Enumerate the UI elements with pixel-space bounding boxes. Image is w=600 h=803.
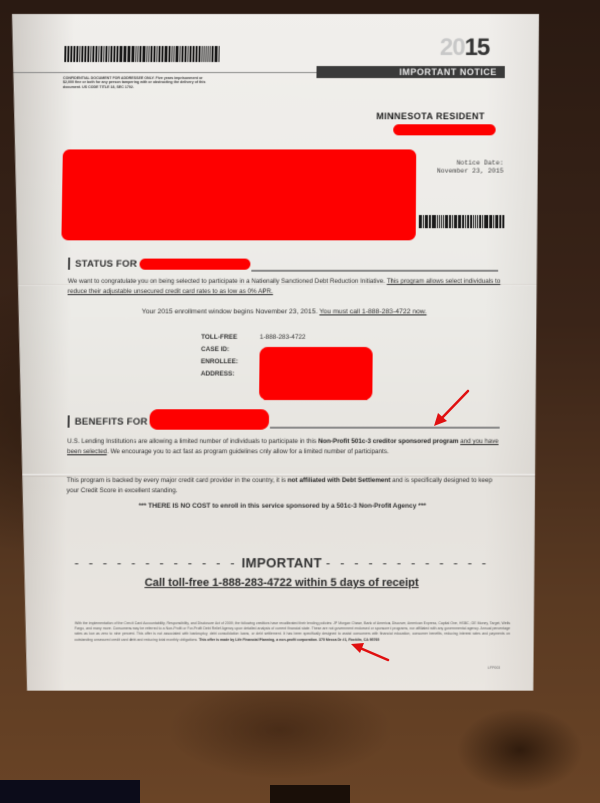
redacted-mailing-address <box>61 149 416 240</box>
case-field-label: ENROLLEE: <box>201 356 260 368</box>
important-heading: - - - - - - - - - - - - IMPORTANT - - - … <box>63 555 500 570</box>
confidential-notice: CONFIDENTIAL DOCUMENT FOR ADDRESSEE ONLY… <box>63 76 213 89</box>
redacted-status-name <box>140 259 251 270</box>
case-field-label: ADDRESS: <box>201 368 260 380</box>
status-heading: STATUS FOR <box>68 258 137 270</box>
case-field-label: TOLL-FREE <box>201 332 260 344</box>
table-surface-shadow <box>270 785 350 803</box>
benefits-paragraph-2: This program is backed by every major cr… <box>66 476 500 497</box>
annotation-arrow-icon <box>430 388 475 428</box>
letter-paper: CONFIDENTIAL DOCUMENT FOR ADDRESSEE ONLY… <box>0 14 539 691</box>
footer-fine-print: With the implementation of the Credit Ca… <box>74 621 510 643</box>
important-notice-banner: IMPORTANT NOTICE <box>316 66 504 78</box>
reference-code: LFP003 <box>488 666 501 670</box>
call-toll-free-line: Call toll-free 1-888-283-4722 within 5 d… <box>63 577 500 589</box>
case-field-label: CASE ID: <box>201 344 260 356</box>
resident-label: MINNESOTA RESIDENT <box>376 111 485 121</box>
redacted-resident-name <box>393 124 495 135</box>
barcode-top <box>64 46 219 62</box>
status-paragraph: We want to congratulate you on being sel… <box>68 277 502 297</box>
redacted-case-details <box>259 347 373 400</box>
redacted-benefits-name <box>149 409 269 429</box>
status-rule <box>251 270 498 272</box>
table-surface-shadow <box>0 780 140 803</box>
benefits-paragraph-1: U.S. Lending Institutions are allowing a… <box>67 437 501 457</box>
enrollment-line: Your 2015 enrollment window begins Novem… <box>67 308 501 315</box>
notice-date: Notice Date: November 23, 2015 <box>411 160 503 176</box>
benefits-heading: BENEFITS FOR <box>68 415 148 427</box>
barcode-right <box>419 215 505 228</box>
year-label: 2015 <box>440 34 490 62</box>
notice-rule <box>11 72 322 73</box>
case-field-value: 1-888-283-4722 <box>260 332 306 344</box>
annotation-arrow-icon <box>348 640 393 665</box>
case-field-row: TOLL-FREE1-888-283-4722 <box>201 332 403 344</box>
no-cost-line: *** THERE IS NO COST to enroll in this s… <box>64 503 500 510</box>
